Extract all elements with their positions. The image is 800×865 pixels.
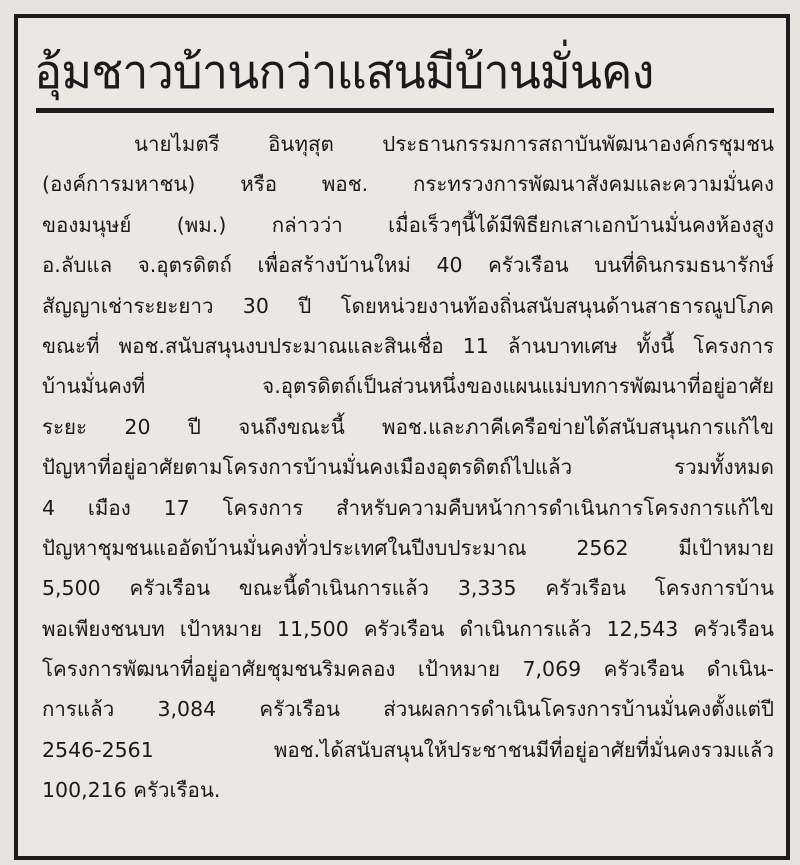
body-line: พอเพียงชนบท เป้าหมาย 11,500 ครัวเรือน ดำ… bbox=[42, 609, 774, 649]
body-line: ขณะที่ พอช.สนับสนุนงบประมาณและสินเชื่อ 1… bbox=[42, 326, 774, 366]
body-line: โครงการพัฒนาที่อยู่อาศัยชุมชนริมคลอง เป้… bbox=[42, 649, 774, 689]
article-body: นายไมตรี อินทุสุต ประธานกรรมการสถาบันพัฒ… bbox=[42, 124, 774, 811]
body-line: ระยะ 20 ปี จนถึงขณะนี้ พอช.และภาคีเครือข… bbox=[42, 407, 774, 447]
body-line: อ.ลับแล จ.อุตรดิตถ์ เพื่อสร้างบ้านใหม่ 4… bbox=[42, 245, 774, 285]
body-line: (องค์การมหาชน) หรือ พอช. กระทรวงการพัฒนา… bbox=[42, 164, 774, 204]
body-line: สัญญาเช่าระยะยาว 30 ปี โดยหน่วยงานท้องถิ… bbox=[42, 286, 774, 326]
headline-underline bbox=[36, 108, 774, 113]
body-line: ของมนุษย์ (พม.) กล่าวว่า เมื่อเร็วๆนี้ได… bbox=[42, 205, 774, 245]
body-line: ปัญหาชุมชนแออัดบ้านมั่นคงทั่วประเทศในปีง… bbox=[42, 528, 774, 568]
body-line: นายไมตรี อินทุสุต ประธานกรรมการสถาบันพัฒ… bbox=[42, 124, 774, 164]
body-line: 2546-2561 พอช.ได้สนับสนุนให้ประชาชนมีที่… bbox=[42, 730, 774, 770]
article-box: อุ้มชาวบ้านกว่าแสนมีบ้านมั่นคง นายไมตรี … bbox=[14, 14, 790, 860]
body-line: ปัญหาที่อยู่อาศัยตามโครงการบ้านมั่นคงเมื… bbox=[42, 447, 774, 487]
body-line: 5,500 ครัวเรือน ขณะนี้ดำเนินการแล้ว 3,33… bbox=[42, 568, 774, 608]
body-line: 100,216 ครัวเรือน. bbox=[42, 770, 774, 810]
body-line: บ้านมั่นคงที่ จ.อุตรดิตถ์เป็นส่วนหนึ่งขอ… bbox=[42, 366, 774, 406]
body-line: 4 เมือง 17 โครงการ สำหรับความคืบหน้าการด… bbox=[42, 488, 774, 528]
body-line: การแล้ว 3,084 ครัวเรือน ส่วนผลการดำเนินโ… bbox=[42, 689, 774, 729]
headline: อุ้มชาวบ้านกว่าแสนมีบ้านมั่นคง bbox=[34, 40, 776, 106]
